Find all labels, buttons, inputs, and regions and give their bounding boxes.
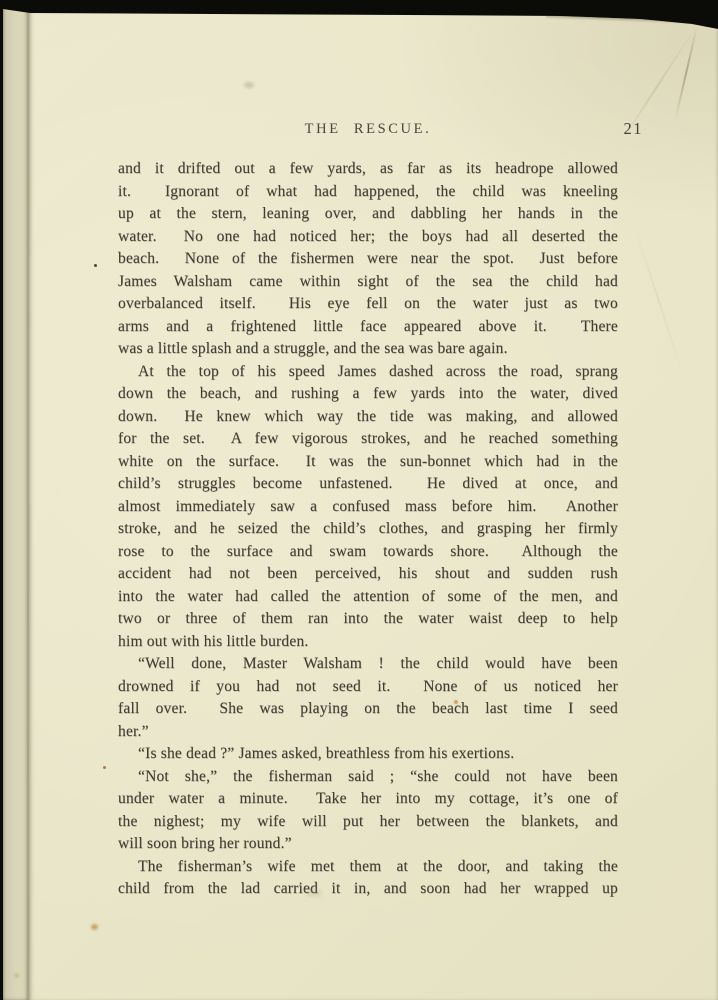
text-line: arms and a frightened little face appear… <box>118 316 618 339</box>
page-number: 21 <box>624 119 644 139</box>
text-line: “Is she dead ?” James asked, breathless … <box>118 743 618 766</box>
ink-speck <box>94 264 97 267</box>
text-line: was a little splash and a struggle, and … <box>118 338 618 361</box>
page-deckle-edge <box>546 9 718 26</box>
text-line: almost immediately saw a confused mass b… <box>118 496 618 519</box>
book-scan: THE RESCUE. 21 and it drifted out a few … <box>0 0 718 1000</box>
smudge <box>306 890 322 896</box>
text-line: rose to the surface and swam towards sho… <box>118 541 618 564</box>
page-title: THE RESCUE. <box>118 121 618 138</box>
text-line: two or three of them ran into the water … <box>118 608 618 631</box>
text-line: At the top of his speed James dashed acr… <box>118 361 618 384</box>
text-line: will soon bring her round.” <box>118 833 618 856</box>
text-line: down. He knew which way the tide was mak… <box>118 406 618 429</box>
text-line: James Walsham came within sight of the s… <box>118 271 618 294</box>
text-line: child from the lad carried it in, and so… <box>118 878 618 901</box>
smudge <box>244 82 254 88</box>
text-line: white on the surface. It was the sun-bon… <box>118 451 618 474</box>
text-line: overbalanced itself. His eye fell on the… <box>118 293 618 316</box>
text-line: the nighest; my wife will put her betwee… <box>118 811 618 834</box>
text-line: water. No one had noticed her; the boys … <box>118 226 618 249</box>
page-crease <box>632 219 685 381</box>
text-line: fall over. She was playing on the beach … <box>118 698 618 721</box>
foxing-spot <box>14 973 19 978</box>
text-line: her.” <box>118 721 618 744</box>
foxing-spot <box>91 924 98 930</box>
under-page-edge <box>3 0 30 1000</box>
text-line: drowned if you had not seed it. None of … <box>118 676 618 699</box>
text-line: it. Ignorant of what had happened, the c… <box>118 181 618 204</box>
text-line: up at the stern, leaning over, and dabbl… <box>118 203 618 226</box>
text-line: accident had not been perceived, his sho… <box>118 563 618 586</box>
running-head: THE RESCUE. 21 <box>118 121 618 143</box>
text-line: beach. None of the fishermen were near t… <box>118 248 618 271</box>
text-line: into the water had called the attention … <box>118 586 618 609</box>
text-line: under water a minute. Take her into my c… <box>118 788 618 811</box>
text-line: stroke, and he seized the child’s clothe… <box>118 518 618 541</box>
body-text: and it drifted out a few yards, as far a… <box>118 158 618 901</box>
text-line: The fisherman’s wife met them at the doo… <box>118 856 618 879</box>
text-line: and it drifted out a few yards, as far a… <box>118 158 618 181</box>
text-line: for the set. A few vigorous strokes, and… <box>118 428 618 451</box>
text-line: “Not she,” the fisherman said ; “she cou… <box>118 766 618 789</box>
text-line: down the beach, and rushing a few yards … <box>118 383 618 406</box>
text-line: child’s struggles become unfastened. He … <box>118 473 618 496</box>
book-page: THE RESCUE. 21 and it drifted out a few … <box>28 0 718 1000</box>
text-line: him out with his little burden. <box>118 631 618 654</box>
ink-speck <box>103 766 106 769</box>
foxing-spot <box>454 700 458 704</box>
text-line: “Well done, Master Walsham ! the child w… <box>118 653 618 676</box>
